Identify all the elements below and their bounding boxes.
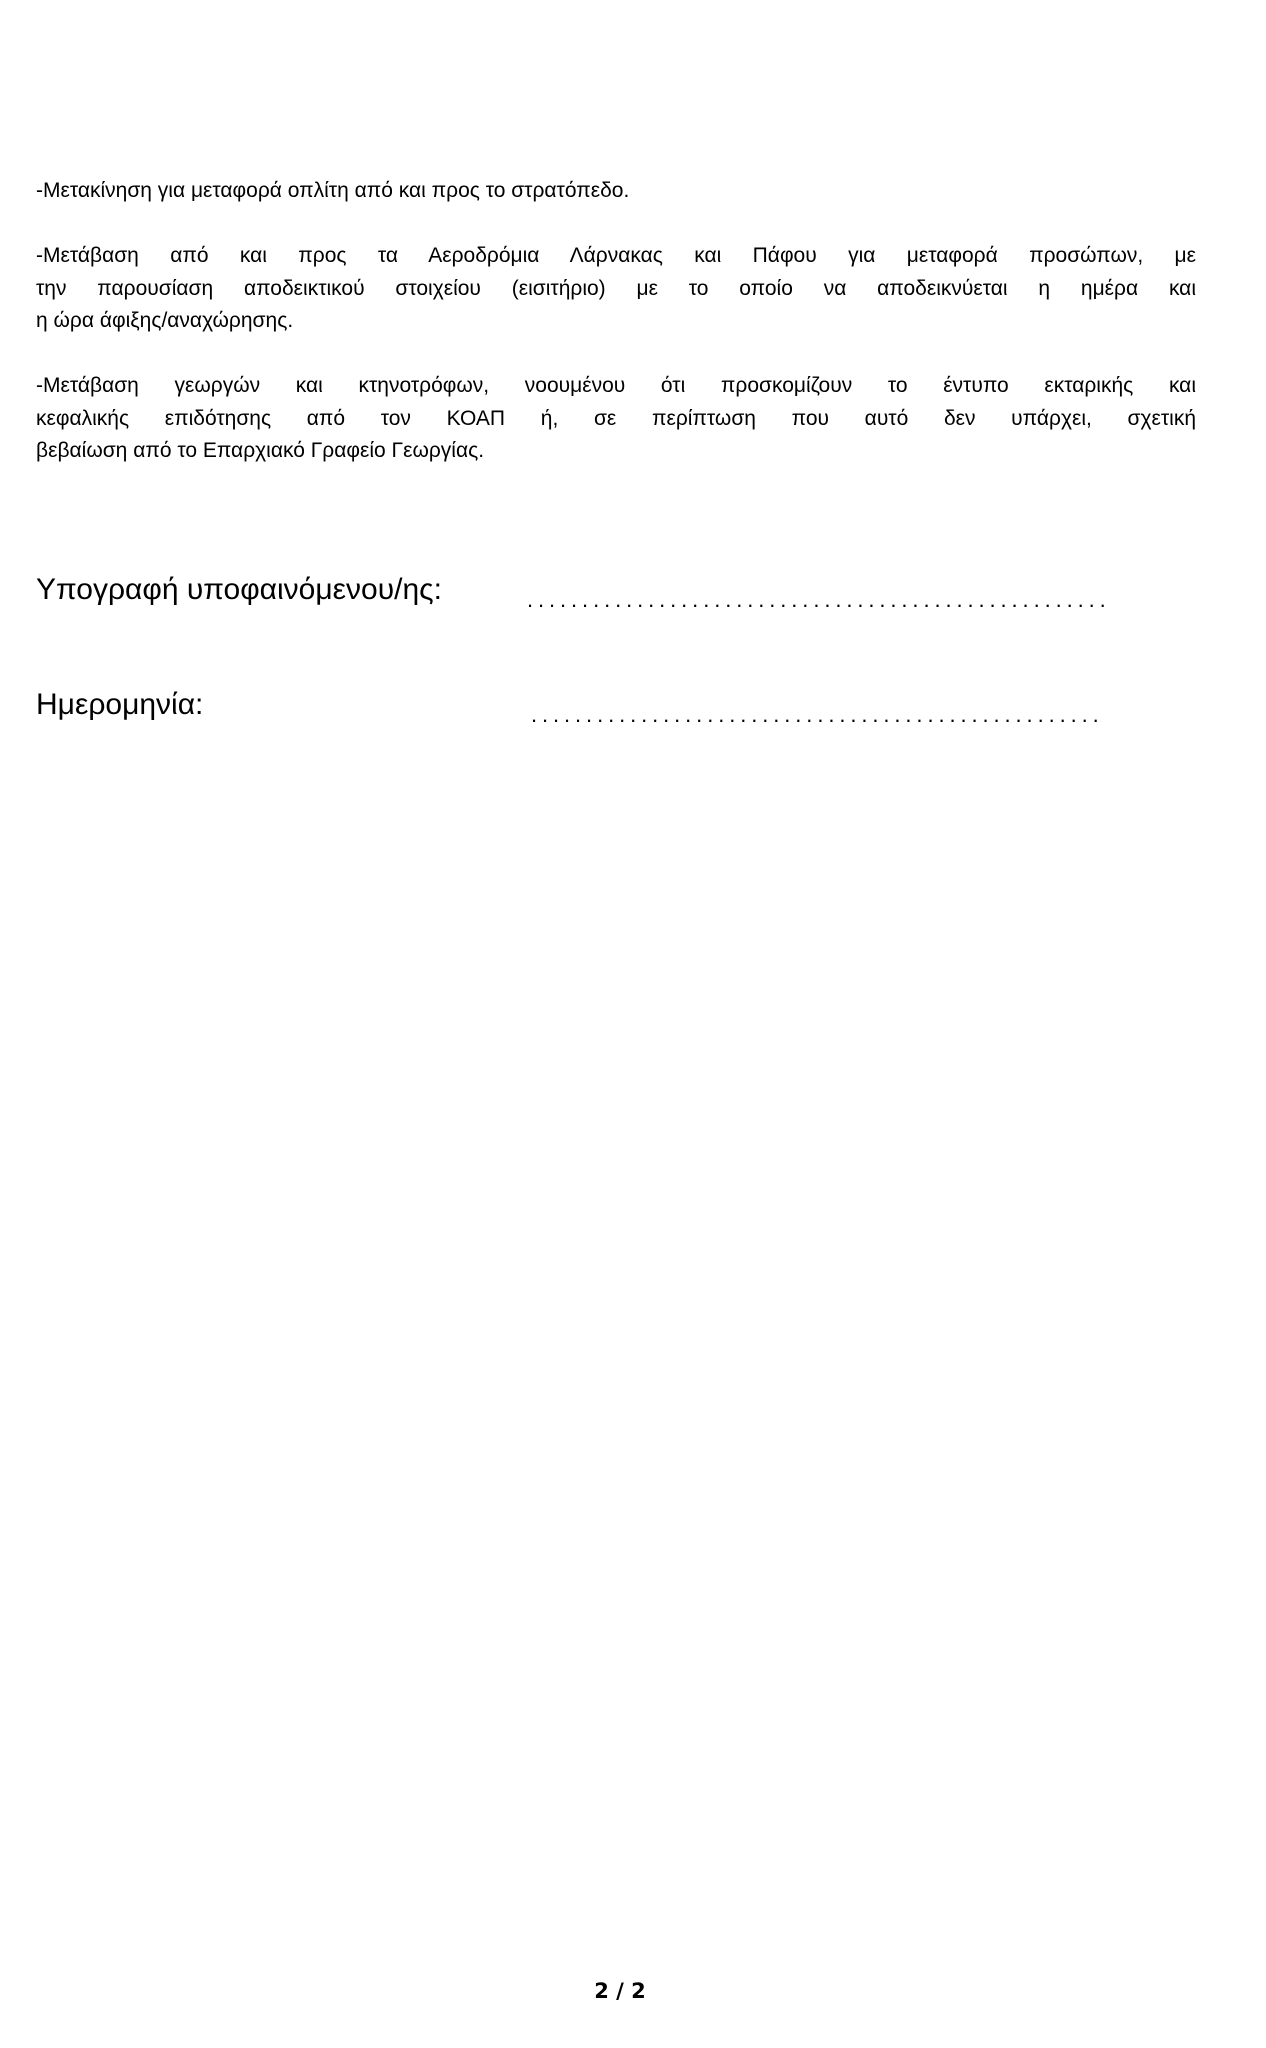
date-field[interactable]: ........................................… xyxy=(531,703,1104,727)
paragraph-line: -Μετάβαση γεωργών και κτηνοτρόφων, νοουμ… xyxy=(36,370,1196,403)
paragraph-airport-transfer: -Μετάβαση από και προς τα Αεροδρόμια Λάρ… xyxy=(36,240,1196,338)
signature-label: Υπογραφή υποφαινόμενου/ης: xyxy=(36,572,442,608)
paragraph-soldier-transport: -Μετακίνηση για μεταφορά οπλίτη από και … xyxy=(36,175,1196,208)
date-label: Ημερομηνία: xyxy=(36,687,203,723)
paragraph-line: κεφαλικής επιδότησης από τον ΚΟΑΠ ή, σε … xyxy=(36,403,1196,436)
paragraph-line: βεβαίωση από το Επαρχιακό Γραφείο Γεωργί… xyxy=(36,435,1196,468)
page-number: 2 / 2 xyxy=(0,1978,1240,2004)
paragraph-line: -Μετάβαση από και προς τα Αεροδρόμια Λάρ… xyxy=(36,240,1196,273)
paragraph-farmers: -Μετάβαση γεωργών και κτηνοτρόφων, νοουμ… xyxy=(36,370,1196,468)
paragraph-line: -Μετακίνηση για μεταφορά οπλίτη από και … xyxy=(36,175,1196,208)
signature-field[interactable]: ........................................… xyxy=(527,588,1111,612)
paragraph-line: η ώρα άφιξης/αναχώρησης. xyxy=(36,305,1196,338)
document-page: -Μετακίνηση για μεταφορά οπλίτη από και … xyxy=(0,0,1266,2048)
paragraph-line: την παρουσίαση αποδεικτικού στοιχείου (ε… xyxy=(36,273,1196,306)
